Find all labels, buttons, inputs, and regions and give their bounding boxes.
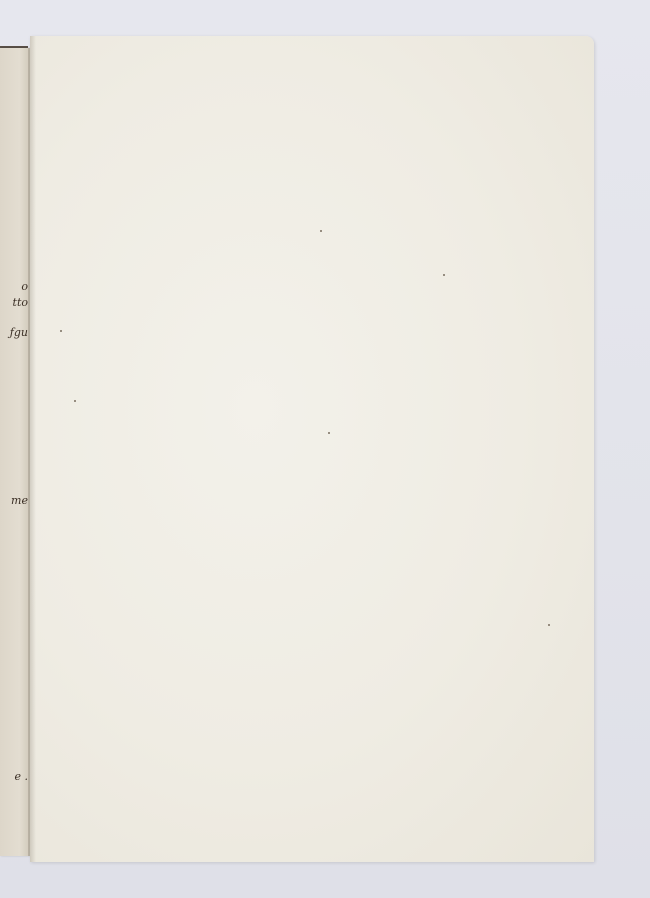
handwriting-fragment: me xyxy=(0,494,28,507)
handwriting-fragment: e . xyxy=(0,770,28,783)
paper-speck xyxy=(60,330,62,332)
paper-speck xyxy=(320,230,322,232)
left-page-edge: o tto ƒgu me e . xyxy=(0,48,30,856)
paper-speck xyxy=(74,400,76,402)
handwriting-fragment: ƒgu xyxy=(0,326,28,339)
paper-speck xyxy=(548,624,550,626)
blank-manuscript-page xyxy=(30,36,594,862)
paper-speck xyxy=(443,274,445,276)
handwriting-fragment: tto xyxy=(0,296,28,309)
page-gutter-shadow xyxy=(30,36,36,862)
handwriting-fragment: o xyxy=(0,280,28,293)
paper-speck xyxy=(328,432,330,434)
page-body xyxy=(50,56,574,842)
